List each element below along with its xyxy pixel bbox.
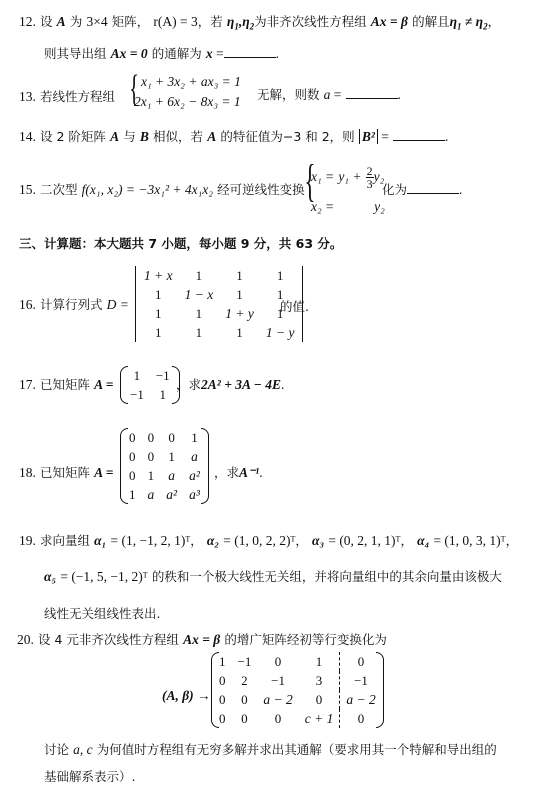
- question-20-line3: 基础解系表示）.: [44, 767, 135, 785]
- question-20: 20. 设 4 元非齐次线性方程组 Ax = β 的增广矩阵经初等行变换化为: [17, 630, 387, 648]
- question-12-line2: 则其导出组 Ax = 0 的通解为 x =.: [44, 44, 279, 62]
- question-13: 13. 若线性方程组: [19, 87, 115, 105]
- matrix-2x2: 1−1 −11: [120, 366, 180, 404]
- augmented-matrix-label: (A, β) →: [162, 688, 211, 704]
- question-17-tail: ，求2A² + 3A − 4E.: [176, 375, 284, 393]
- vector-alpha-3: α₃ = (0, 2, 1, 1)ᵀ: [312, 534, 400, 549]
- answer-blank: [393, 129, 445, 141]
- question-19-line3: 线性无关组线性表出.: [44, 604, 160, 622]
- question-18: 18. 已知矩阵 A =: [19, 463, 114, 481]
- question-16-tail: 的值.: [280, 297, 309, 315]
- equation-2: 2x₁ + 6x₂ − 8x₃ = 1: [134, 94, 241, 110]
- determinant: B²: [359, 129, 378, 144]
- question-15-tail: 化为.: [382, 180, 462, 198]
- vector-alpha-4: α₄ = (1, 0, 3, 1)ᵀ: [417, 534, 505, 549]
- question-14: 14. 设 2 阶矩阵 A 与 B 相似，若 A 的特征值为−3 和 2，则 B…: [19, 127, 448, 145]
- question-18-tail: ，求A⁻¹.: [214, 463, 263, 481]
- vector-alpha-1: α₁ = (1, −1, 2, 1)ᵀ: [94, 534, 190, 549]
- transform-row-1: x₁ = y₁ + 2 3 y₂: [311, 165, 384, 190]
- augmented-matrix: 1−1010 02−13−1 00a − 20a − 2 000c + 10: [211, 652, 384, 728]
- question-15: 15. 二次型 f(x₁, x₂) = −3x₁² + 4x₁x₂ 经可逆线性变…: [19, 180, 305, 198]
- question-13-tail: 无解，则数 a = .: [257, 85, 401, 103]
- question-19-line2: α₅ = (−1, 5, −1, 2)ᵀ 的秩和一个极大线性无关组，并将向量组中…: [44, 567, 502, 585]
- vector-alpha-5: α₅ = (−1, 5, −1, 2)ᵀ: [44, 570, 148, 585]
- question-16: 16. 计算行列式 D =: [19, 295, 129, 313]
- equation-1: x₁ + 3x₂ + ax₃ = 1: [141, 74, 241, 90]
- vector-alpha-2: α₂ = (1, 0, 2, 2)ᵀ: [207, 534, 295, 549]
- answer-blank: [224, 46, 276, 58]
- question-17: 17. 已知矩阵 A =: [19, 375, 114, 393]
- determinant-matrix: 1 + x111 11 − x11 111 + y1 1111 − y: [135, 266, 303, 342]
- transform-row-2: x₂ =y₂: [311, 199, 385, 215]
- question-12: 12. 设 A 为 3×4 矩阵， r(A) = 3，若 η1,η2为非齐次线性…: [19, 12, 500, 30]
- matrix-4x4: 0001 001a 01aa² 1aa²a³: [120, 428, 209, 504]
- section-3-heading: 三、计算题：本大题共 7 小题，每小题 9 分，共 63 分。: [19, 234, 342, 252]
- question-19: 19. 求向量组 α₁ = (1, −1, 2, 1)ᵀ， α₂ = (1, 0…: [19, 531, 518, 549]
- answer-blank: [407, 182, 459, 194]
- question-20-line2: 讨论 a, c 为何值时方程组有无穷多解并求出其通解（要求用其一个特解和导出组的: [44, 740, 497, 758]
- answer-blank: [346, 87, 398, 99]
